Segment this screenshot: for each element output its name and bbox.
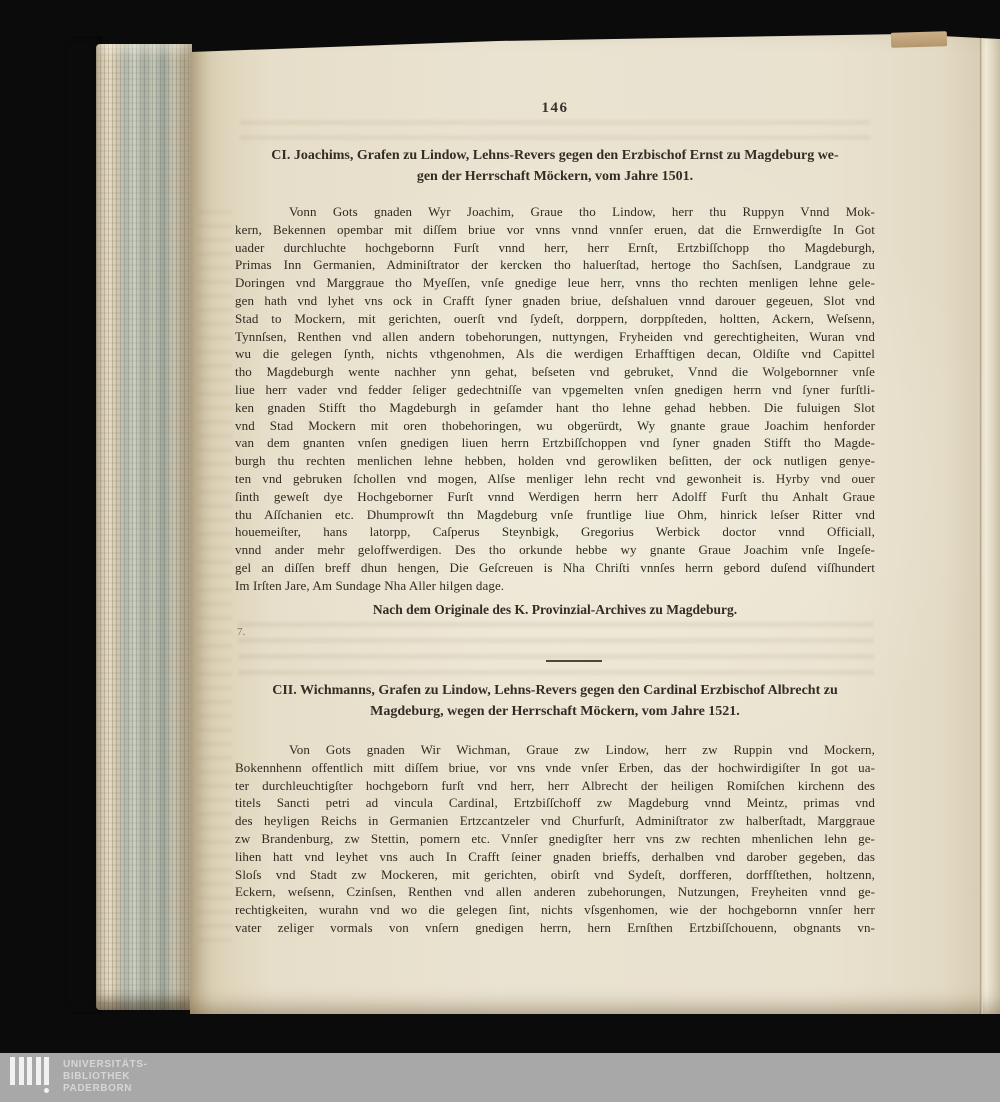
book-page-edges [96,44,192,1010]
text-line: Vonn Gots gnaden Wyr Joachim, Graue tho … [235,203,875,221]
ub-paderborn-logo-icon [10,1057,56,1097]
scanned-book-view: 146 CI. Joachims, Grafen zu Lindow, Lehn… [0,0,1000,1102]
watermark-bar: UNIVERSITÄTS- BIBLIOTHEK PADERBORN [0,1053,1000,1102]
section-divider [546,660,602,662]
text-line: van dem gnanten vnſen gnedigen liuen her… [235,434,875,452]
text-line: Sloſs vnd Stadt zw Mockeren, mit gericht… [235,866,875,884]
text-line: Stad to Mockern, mit gerichten, ouerſt v… [235,310,875,328]
section-cii-heading: CII. Wichmanns, Grafen zu Lindow, Lehns-… [235,681,875,722]
text-line: ken gnaden Stifft tho Magdeburgh in geſa… [235,399,875,417]
watermark-line: BIBLIOTHEK [63,1071,147,1083]
text-line: Tynnſsen, Renthen vnd allen andern tobeh… [235,328,875,346]
page-gutter-crease [979,34,983,1014]
text-line: liue herr vader vnd fedder ſeliger gedec… [235,381,875,399]
text-line: gen hath vnd lyhet vns ock in Crafft ſyn… [235,292,875,310]
section-ci-body: Vonn Gots gnaden Wyr Joachim, Graue tho … [235,203,875,595]
section-ci-heading: CI. Joachims, Grafen zu Lindow, Lehns-Re… [235,146,875,187]
text-line: Doringen vnd Marggraue tho Myeſſen, vnſe… [235,274,875,292]
watermark-text: UNIVERSITÄTS- BIBLIOTHEK PADERBORN [63,1059,147,1095]
text-line: zw Brandenburg, zw Stettin, pomern etc. … [235,830,875,848]
text-line: ten vnd gebruken ſchollen vnd mogen, Alſ… [235,470,875,488]
text-line: vnd Stad Mockern mit oren thobehoringen,… [235,417,875,435]
text-line: tho Magdeburgh wente nachher ynn gehat, … [235,363,875,381]
heading-line: Magdeburg, wegen der Herrschaft Möckern,… [235,702,875,723]
text-line: ter durchleuchtigſter hochgeborn furſt v… [235,777,875,795]
text-line: houemeiſter, hans latorpp, Caſperus Stey… [235,523,875,541]
text-line: lihen hatt vnd leyhet vns auch In Crafft… [235,848,875,866]
text-line: rechtigkeiten, wurahn vnd wo die gelegen… [235,901,875,919]
watermark-line: UNIVERSITÄTS- [63,1059,147,1071]
heading-line: gen der Herrschaft Möckern, vom Jahre 15… [235,167,875,188]
text-line: thu Aſſchanien etc. Dhumprowſt thn Magde… [235,506,875,524]
text-line: vater zeliger vormals von vnſern gnedige… [235,919,875,937]
heading-line: CII. Wichmanns, Grafen zu Lindow, Lehns-… [235,681,875,702]
text-line: Von Gots gnaden Wir Wichman, Graue zw Li… [235,741,875,759]
text-line: burgh thu rechten menlichen lehne hebben… [235,452,875,470]
watermark-line: PADERBORN [63,1083,147,1095]
text-line: des heyligen Reichs in Germanien Ertzcan… [235,812,875,830]
text-line: titels Sancti petri ad vincula Cardinal,… [235,794,875,812]
text-line: Primas Inn Germanien, Adminiſtrator der … [235,256,875,274]
heading-line: CI. Joachims, Grafen zu Lindow, Lehns-Re… [235,146,875,167]
page-corner [891,31,947,48]
text-line: vnnd ander mehr geloffwerdigen. Des tho … [235,541,875,559]
section-cii-body: Von Gots gnaden Wir Wichman, Graue zw Li… [235,741,875,937]
source-note: Nach dem Originale des K. Provinzial-Arc… [235,602,875,618]
text-line: ſinth geweſt dye Hochgeborner Furſt vnnd… [235,488,875,506]
text-line: kern, Bekennen opembar mit diſſem briue … [235,221,875,239]
text-line: Eckern, weſsenn, Czinſsen, Renthen vnd a… [235,883,875,901]
text-line: uader durchluchte hochgebornn Furſt vnnd… [235,239,875,257]
text-line: Im Irſten Jare, Am Sundage Nha Aller hil… [235,577,875,595]
margin-mark: 7. [237,626,245,638]
page-number: 146 [235,100,875,117]
text-line: Bokennhenn offentlich mitt diſſem briue,… [235,759,875,777]
text-line: gel an diſſen breff dhun hengen, Die Geſ… [235,559,875,577]
text-line: wu die gelegen ſynth, nichts vthgenohmen… [235,345,875,363]
